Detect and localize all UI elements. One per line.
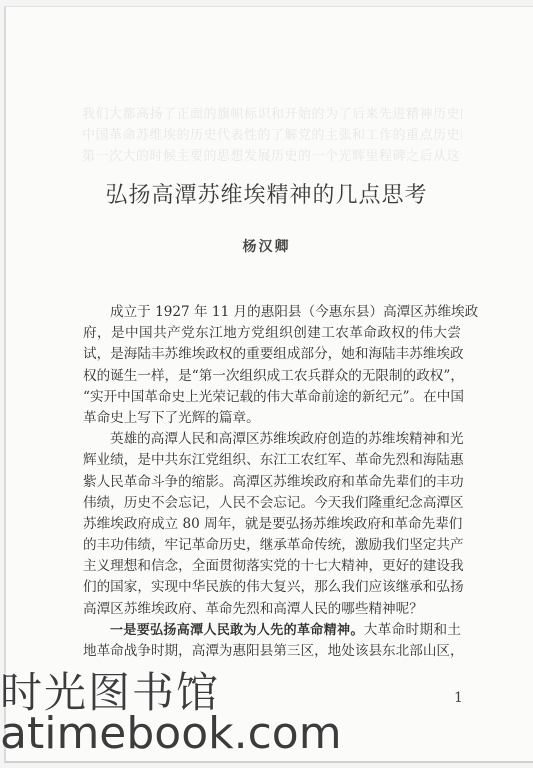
page-number: 1 [454,690,463,706]
bleed-through-text: 中国革命苏维埃的历史代表性的了解党的主张和工作的重点历史所在地 [82,125,462,146]
article-body: 成立于 1927 年 11 月的惠阳县（今惠东县）高潭区苏维埃政 府，是中国共产… [83,302,461,662]
body-line: 辉业绩，是中共东江党组织、东江工农红军、革命先烈和海陆惠 [83,450,461,471]
body-line: 英雄的高潭人民和高潭区苏维埃政府创造的苏维埃精神和光 [83,429,461,450]
body-line: 高潭区苏维埃政府、革命先烈和高潭人民的哪些精神呢？ [83,599,461,620]
body-line: 试，是海陆丰苏维埃政权的重要组成部分，她和海陆丰苏维埃政 [83,344,461,365]
article-title: 弘扬高潭苏维埃精神的几点思考 [0,178,533,209]
bleed-through-text: 第一次大的时候主要的思想发展历史的一个光辉里程碑之后从这一方面 [82,146,462,167]
body-line: “实开中国革命史上光荣记载的伟大革命前途的新纪元”。在中国 [83,387,461,408]
body-line: 伟绩，历史不会忘记，人民不会忘记。今天我们隆重纪念高潭区 [83,493,461,514]
body-line: 成立于 1927 年 11 月的惠阳县（今惠东县）高潭区苏维埃政 [83,302,461,323]
body-line: 们的国家，实现中华民族的伟大复兴，那么我们应该继承和弘扬 [83,577,461,598]
body-line: 紫人民革命斗争的缩影。高潭区苏维埃政府和革命先辈们的丰功 [83,472,461,493]
body-line: 地革命战争时期，高潭为惠阳县第三区，地处该县东北部山区， [83,641,461,662]
body-line: 苏维埃政府成立 80 周年，就是要弘扬苏维埃政府和革命先辈们 [83,514,461,535]
body-line: 主义理想和信念，全面贯彻落实党的十七大精神，更好的建设我 [83,556,461,577]
body-line: 的丰功伟绩，牢记革命历史，继承革命传统，激励我们坚定共产 [83,535,461,556]
bleed-through-text: 我们大都高扬了正面的旗帜标识和开始的为了后来先进精神历史的代表 [82,104,462,125]
body-line: 权的诞生一样，是“第一次组织成工农兵群众的无限制的政权”， [83,366,461,387]
body-line: 革命史上写下了光辉的篇章。 [83,408,461,429]
section-heading-inline: 一是要弘扬高潭人民敢为人先的革命精神。 [110,623,364,638]
body-line-rest: 大革命时期和土 [364,622,461,638]
body-line: 府，是中国共产党东江地方党组织创建工农革命政权的伟大尝 [83,323,461,344]
article-author: 杨汉卿 [0,236,533,256]
watermark-site-url: atimebook.com [0,708,342,759]
body-line: 一是要弘扬高潭人民敢为人先的革命精神。大革命时期和土 [83,620,461,641]
